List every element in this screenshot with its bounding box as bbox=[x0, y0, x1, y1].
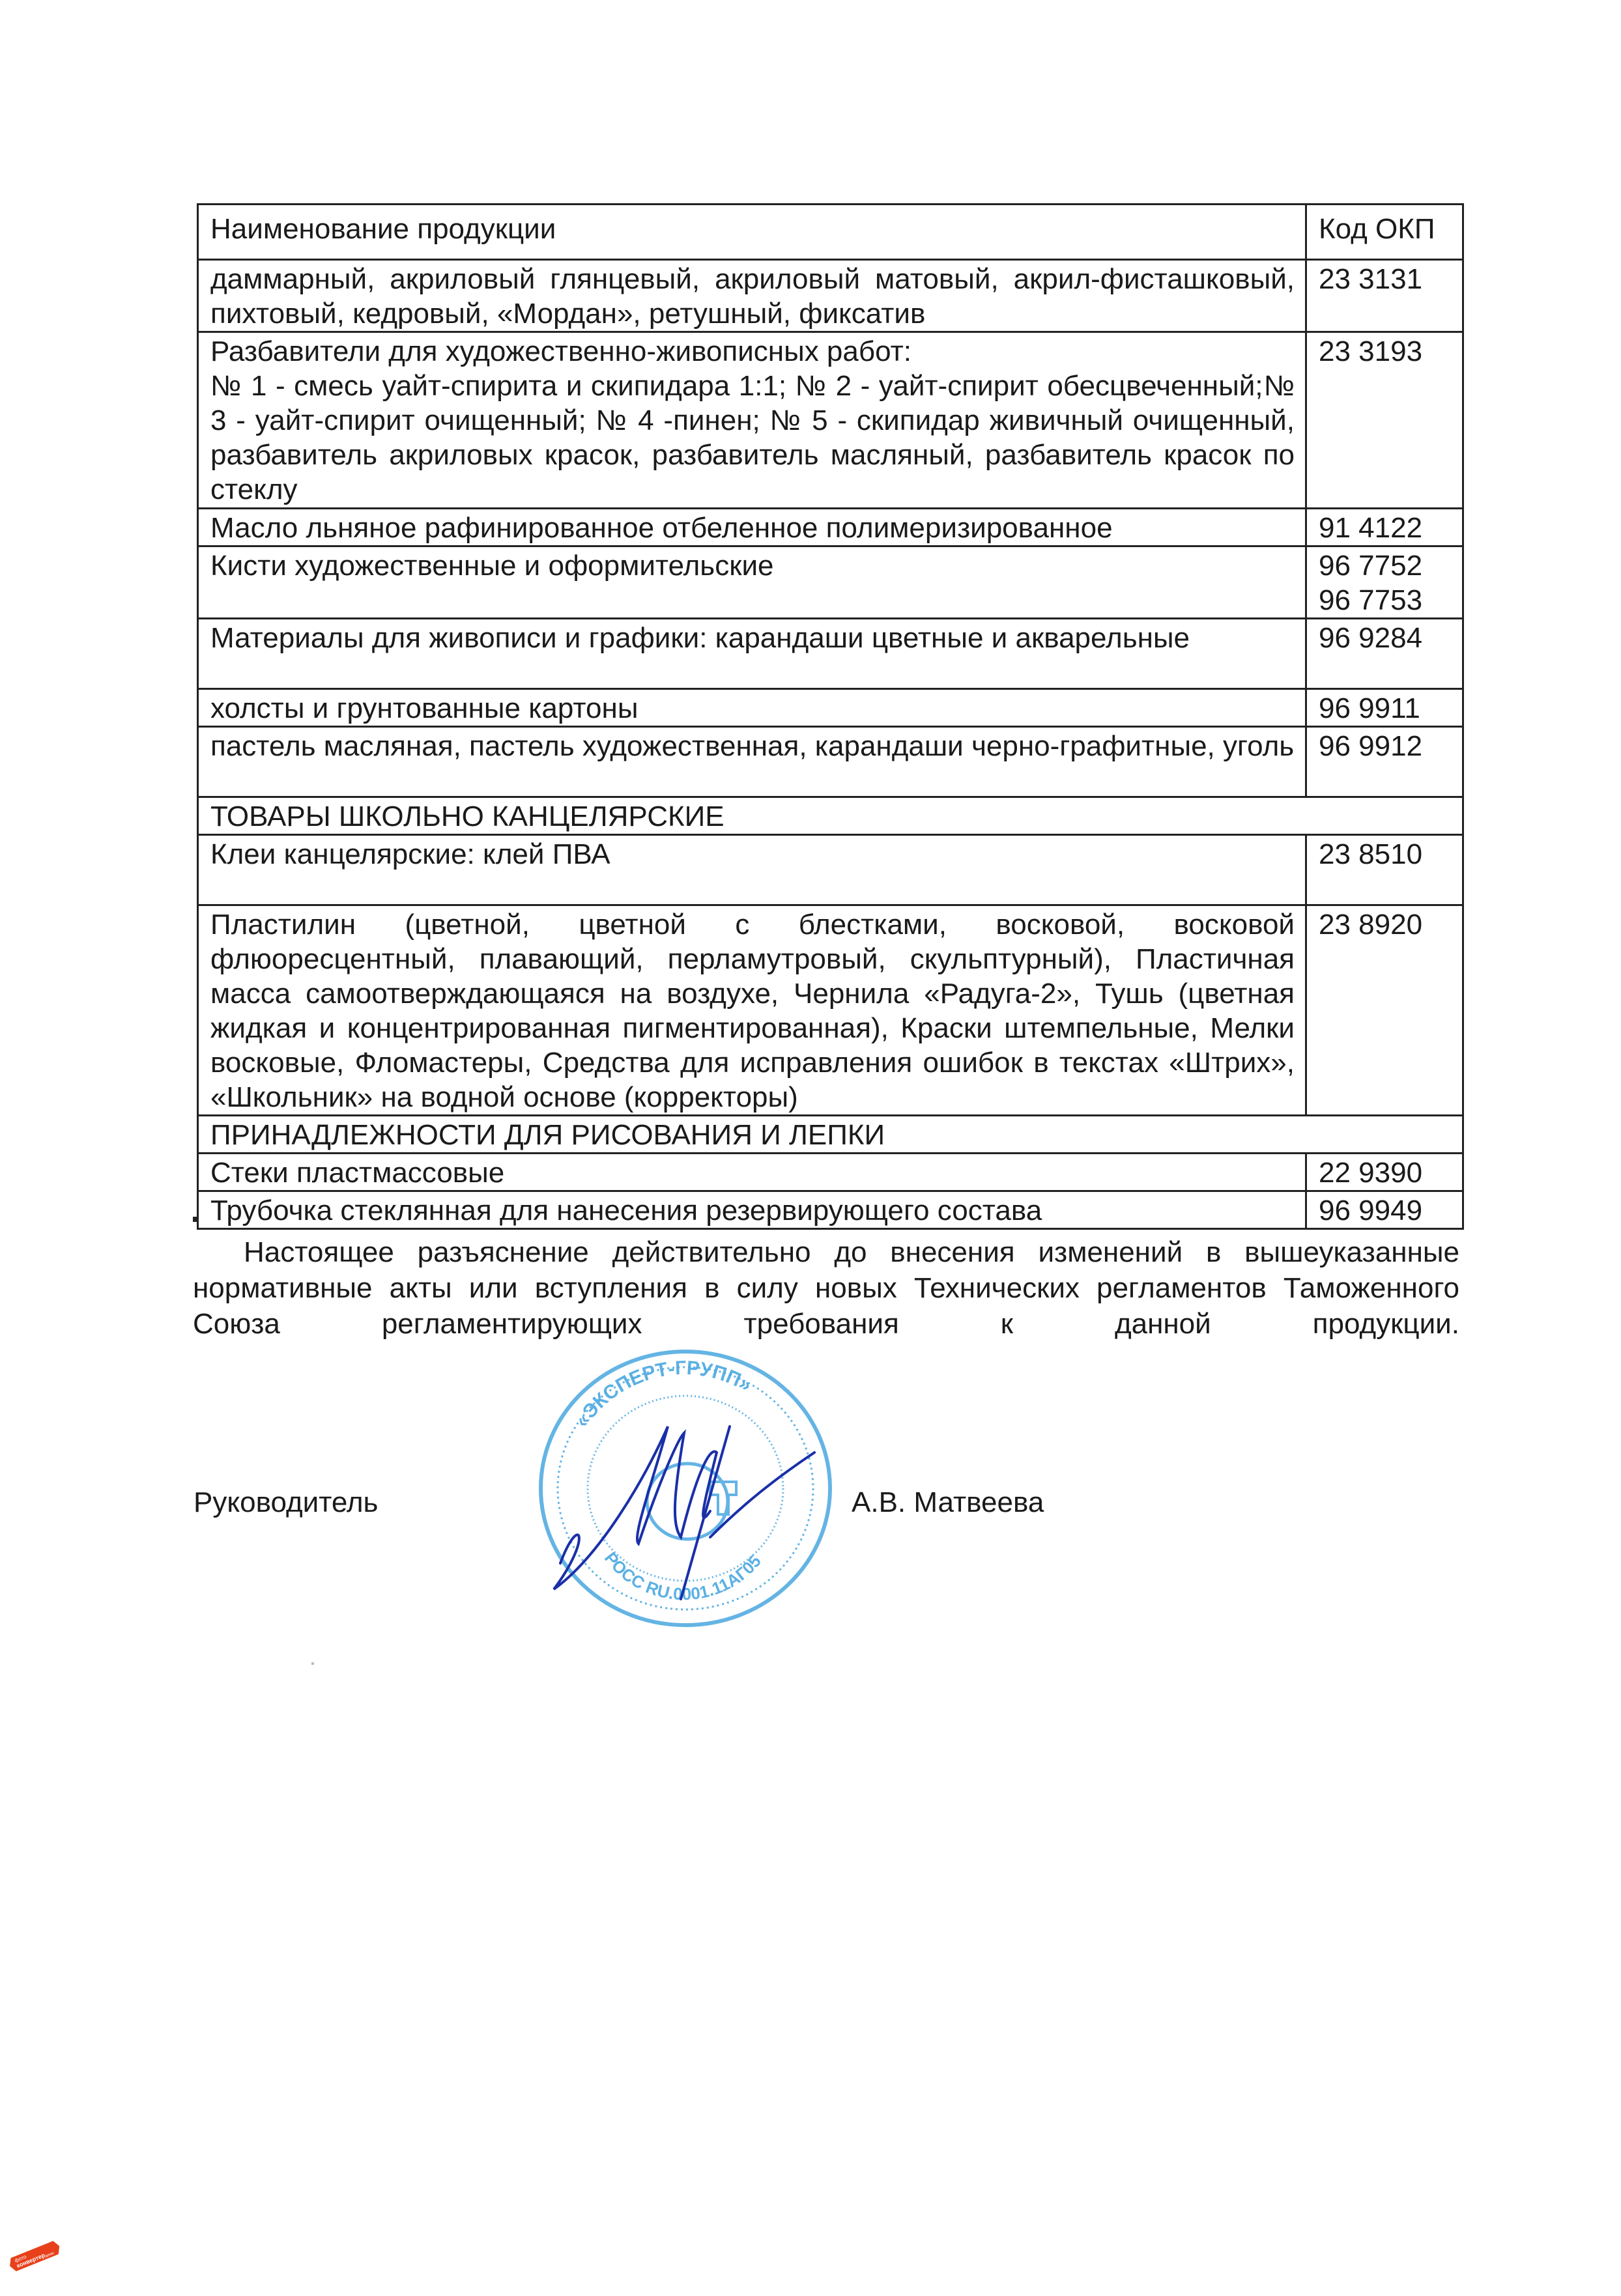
product-name: пастель масляная, пастель художественная… bbox=[198, 727, 1306, 797]
handwritten-signature-icon bbox=[554, 1426, 814, 1599]
okp-code: 23 3193 bbox=[1306, 332, 1463, 509]
product-name: Разбавители для художественно-живописных… bbox=[198, 332, 1306, 509]
section-row: ТОВАРЫ ШКОЛЬНО КАНЦЕЛЯРСКИЕ bbox=[198, 797, 1463, 835]
table-row: Клеи канцелярские: клей ПВА 23 8510 bbox=[198, 835, 1463, 905]
signatory-role: Руководитель bbox=[194, 1486, 378, 1519]
product-name: Материалы для живописи и графики: каранд… bbox=[198, 619, 1306, 689]
table-row: Разбавители для художественно-живописных… bbox=[198, 332, 1463, 509]
okp-code: 96 7752 bbox=[1319, 548, 1452, 583]
table-row: Материалы для живописи и графики: каранд… bbox=[198, 619, 1463, 689]
scan-speck bbox=[311, 1662, 314, 1665]
header-name: Наименование продукции bbox=[198, 205, 1306, 260]
okp-code: 96 7753 bbox=[1319, 583, 1452, 617]
table-row: Пластилин (цветной, цветной с блестками,… bbox=[198, 905, 1463, 1116]
table-row: пастель масляная, пастель художественная… bbox=[198, 727, 1463, 797]
okp-code: 96 9949 bbox=[1306, 1191, 1463, 1229]
table-row: Трубочка стеклянная для нанесения резерв… bbox=[198, 1191, 1463, 1229]
table-row: Стеки пластмассовые 22 9390 bbox=[198, 1154, 1463, 1191]
okp-code: 91 4122 bbox=[1306, 509, 1463, 546]
okp-code: 96 9911 bbox=[1306, 689, 1463, 727]
product-name: Кисти художественные и оформительские bbox=[198, 546, 1306, 619]
section-row: ПРИНАДЛЕЖНОСТИ ДЛЯ РИСОВАНИЯ И ЛЕПКИ bbox=[198, 1116, 1463, 1154]
section-heading: ТОВАРЫ ШКОЛЬНО КАНЦЕЛЯРСКИЕ bbox=[198, 797, 1463, 835]
product-name: Пластилин (цветной, цветной с блестками,… bbox=[198, 905, 1306, 1116]
product-name: холсты и грунтованные картоны bbox=[198, 689, 1306, 727]
section-heading: ПРИНАДЛЕЖНОСТИ ДЛЯ РИСОВАНИЯ И ЛЕПКИ bbox=[198, 1116, 1463, 1154]
header-code: Код ОКП bbox=[1306, 205, 1463, 260]
okp-code: 22 9390 bbox=[1306, 1154, 1463, 1191]
product-name: даммарный, акриловый глянцевый, акриловы… bbox=[198, 260, 1306, 332]
table-row: Кисти художественные и оформительские 96… bbox=[198, 546, 1463, 619]
product-name: Масло льняное рафинированное отбеленное … bbox=[198, 509, 1306, 546]
company-stamp-icon: «ЭКСПЕРТ-ГРУПП» РОСС RU.0001.11АГ05 bbox=[515, 1342, 854, 1628]
product-name-line: Разбавители для художественно-живописных… bbox=[210, 334, 1295, 369]
photo-converter-watermark-icon: фото конвертер демо bbox=[7, 2239, 65, 2272]
product-name: Трубочка стеклянная для нанесения резерв… bbox=[198, 1191, 1306, 1229]
okp-codes: 96 7752 96 7753 bbox=[1306, 546, 1463, 619]
product-name: Стеки пластмассовые bbox=[198, 1154, 1306, 1191]
okp-code: 23 3131 bbox=[1306, 260, 1463, 332]
table-row: даммарный, акриловый глянцевый, акриловы… bbox=[198, 260, 1463, 332]
okp-table: Наименование продукции Код ОКП даммарный… bbox=[197, 203, 1464, 1230]
okp-code: 23 8920 bbox=[1306, 905, 1463, 1116]
okp-code: 23 8510 bbox=[1306, 835, 1463, 905]
product-name-line: № 1 - смесь уайт-спирита и скипидара 1:1… bbox=[210, 369, 1295, 507]
table-row: холсты и грунтованные картоны 96 9911 bbox=[198, 689, 1463, 727]
stray-dot bbox=[193, 1217, 197, 1222]
stamp-org-text: «ЭКСПЕРТ-ГРУПП» bbox=[571, 1357, 756, 1432]
product-name: Клеи канцелярские: клей ПВА bbox=[198, 835, 1306, 905]
signatory-name: А.В. Матвеева bbox=[852, 1486, 1044, 1519]
table-header-row: Наименование продукции Код ОКП bbox=[198, 205, 1463, 260]
table-row: Масло льняное рафинированное отбеленное … bbox=[198, 509, 1463, 546]
document-page: Наименование продукции Код ОКП даммарный… bbox=[0, 0, 1621, 2296]
okp-code: 96 9284 bbox=[1306, 619, 1463, 689]
okp-code: 96 9912 bbox=[1306, 727, 1463, 797]
